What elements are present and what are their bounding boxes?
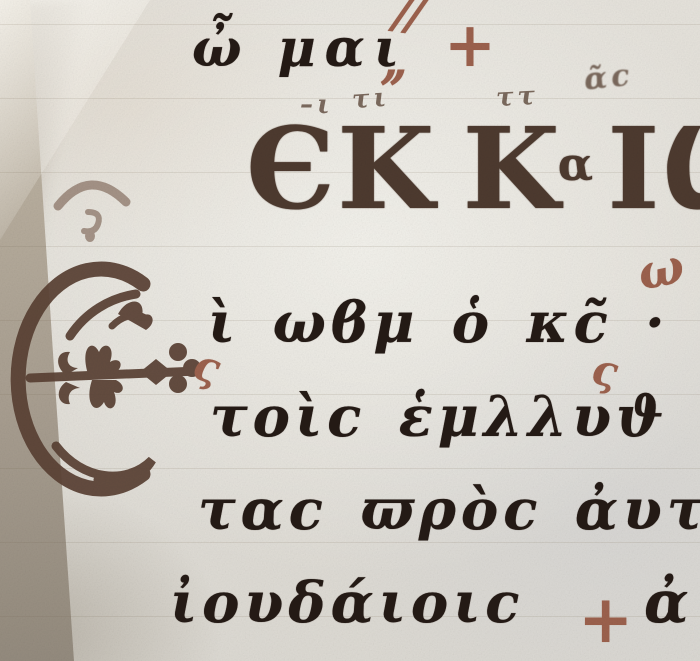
manuscript-page: ὦ μαι ,, // + –ι τι ττ ᾶϲ ЄΚΚαΙѠ [0,0,700,661]
heading-part-2: Κ [462,104,561,235]
text-line-3: ταϲ ϖρὸϲ ἀυτ [198,477,700,543]
abbreviation-mark: ᾶϲ [582,58,635,98]
top-marginal-text: ὦ μαι [192,18,408,79]
decorative-initial-epsilon-icon [0,253,220,505]
text-line-2: τοὶϲ ἑμλλυϑ [210,384,669,450]
trailing-letter: ἀ [644,568,689,636]
heading-part-1: ЄΚ [246,104,436,235]
arche-symbol-icon [46,160,138,244]
cross-icon: + [444,8,496,81]
alpha-superscript: α [558,137,593,191]
text-line-4: ἰουδάιοιϲ [170,570,524,636]
lection-heading: ЄΚΚαΙѠ [246,104,700,235]
double-slash-icon: // [390,0,423,42]
cross-icon: + [578,580,633,658]
text-line-1: ὶ ωϐμ ὁ κϲ̃ · ϖ [208,290,700,356]
heading-part-3: ΙѠ [607,104,700,235]
